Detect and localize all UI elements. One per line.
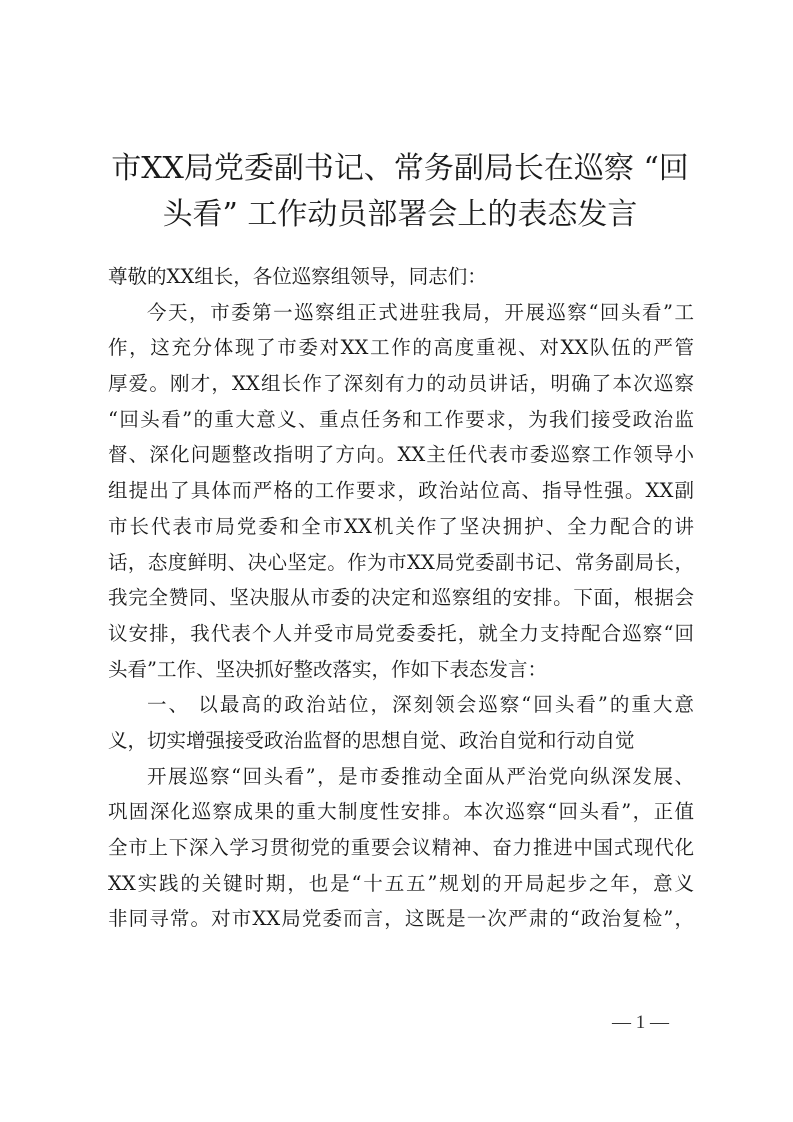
- document-body: 尊敬的XX组长，各位巡察组领导，同志们：今天，市委第一巡察组正式进驻我局，开展巡…: [108, 259, 694, 937]
- body-line: 一、 以最高的政治站位，深刻领会巡察“回头看”的重大意: [108, 687, 694, 723]
- body-line: 督、深化问题整改指明了方向。XX主任代表市委巡察工作领导小: [108, 437, 694, 473]
- body-line: 开展巡察“回头看”，是市委推动全面从严治党向纵深发展、: [108, 759, 694, 795]
- body-line: 作，这充分体现了市委对XX工作的高度重视、对XX队伍的严管: [108, 330, 694, 366]
- body-line: 话，态度鲜明、决心坚定。作为市XX局党委副书记、常务副局长，: [108, 545, 694, 581]
- body-line: 巩固深化巡察成果的重大制度性安排。本次巡察“回头看”，正值: [108, 794, 694, 830]
- body-line: 组提出了具体而严格的工作要求，政治站位高、指导性强。XX副: [108, 473, 694, 509]
- body-line: 我完全赞同、坚决服从市委的决定和巡察组的安排。下面，根据会: [108, 580, 694, 616]
- title-line-1: 市XX局党委副书记、常务副局长在巡察 “回: [100, 146, 700, 192]
- body-line: 尊敬的XX组长，各位巡察组领导，同志们：: [108, 259, 694, 295]
- document-page: 市XX局党委副书记、常务副局长在巡察 “回 头看” 工作动员部署会上的表态发言 …: [0, 0, 793, 1122]
- body-line: 议安排，我代表个人并受市局党委委托，就全力支持配合巡察“回: [108, 616, 694, 652]
- body-line: 全市上下深入学习贯彻党的重要会议精神、奋力推进中国式现代化: [108, 830, 694, 866]
- body-line: 义，切实增强接受政治监督的思想自觉、政治自觉和行动自觉: [108, 723, 694, 759]
- page-number: — 1 —: [612, 1012, 669, 1034]
- body-line: “回头看”的重大意义、重点任务和工作要求，为我们接受政治监: [108, 402, 694, 438]
- body-line: 今天，市委第一巡察组正式进驻我局，开展巡察“回头看”工: [108, 295, 694, 331]
- body-line: 市长代表市局党委和全市XX机关作了坚决拥护、全力配合的讲: [108, 509, 694, 545]
- body-line: 非同寻常。对市XX局党委而言，这既是一次严肃的“政治复检”，: [108, 901, 694, 937]
- body-line: XX实践的关键时期，也是“十五五”规划的开局起步之年，意义: [108, 866, 694, 902]
- body-line: 厚爱。刚才，XX组长作了深刻有力的动员讲话，明确了本次巡察: [108, 366, 694, 402]
- title-line-2: 头看” 工作动员部署会上的表态发言: [100, 192, 700, 238]
- body-line: 头看”工作、坚决抓好整改落实，作如下表态发言：: [108, 652, 694, 688]
- document-title: 市XX局党委副书记、常务副局长在巡察 “回 头看” 工作动员部署会上的表态发言: [100, 146, 700, 238]
